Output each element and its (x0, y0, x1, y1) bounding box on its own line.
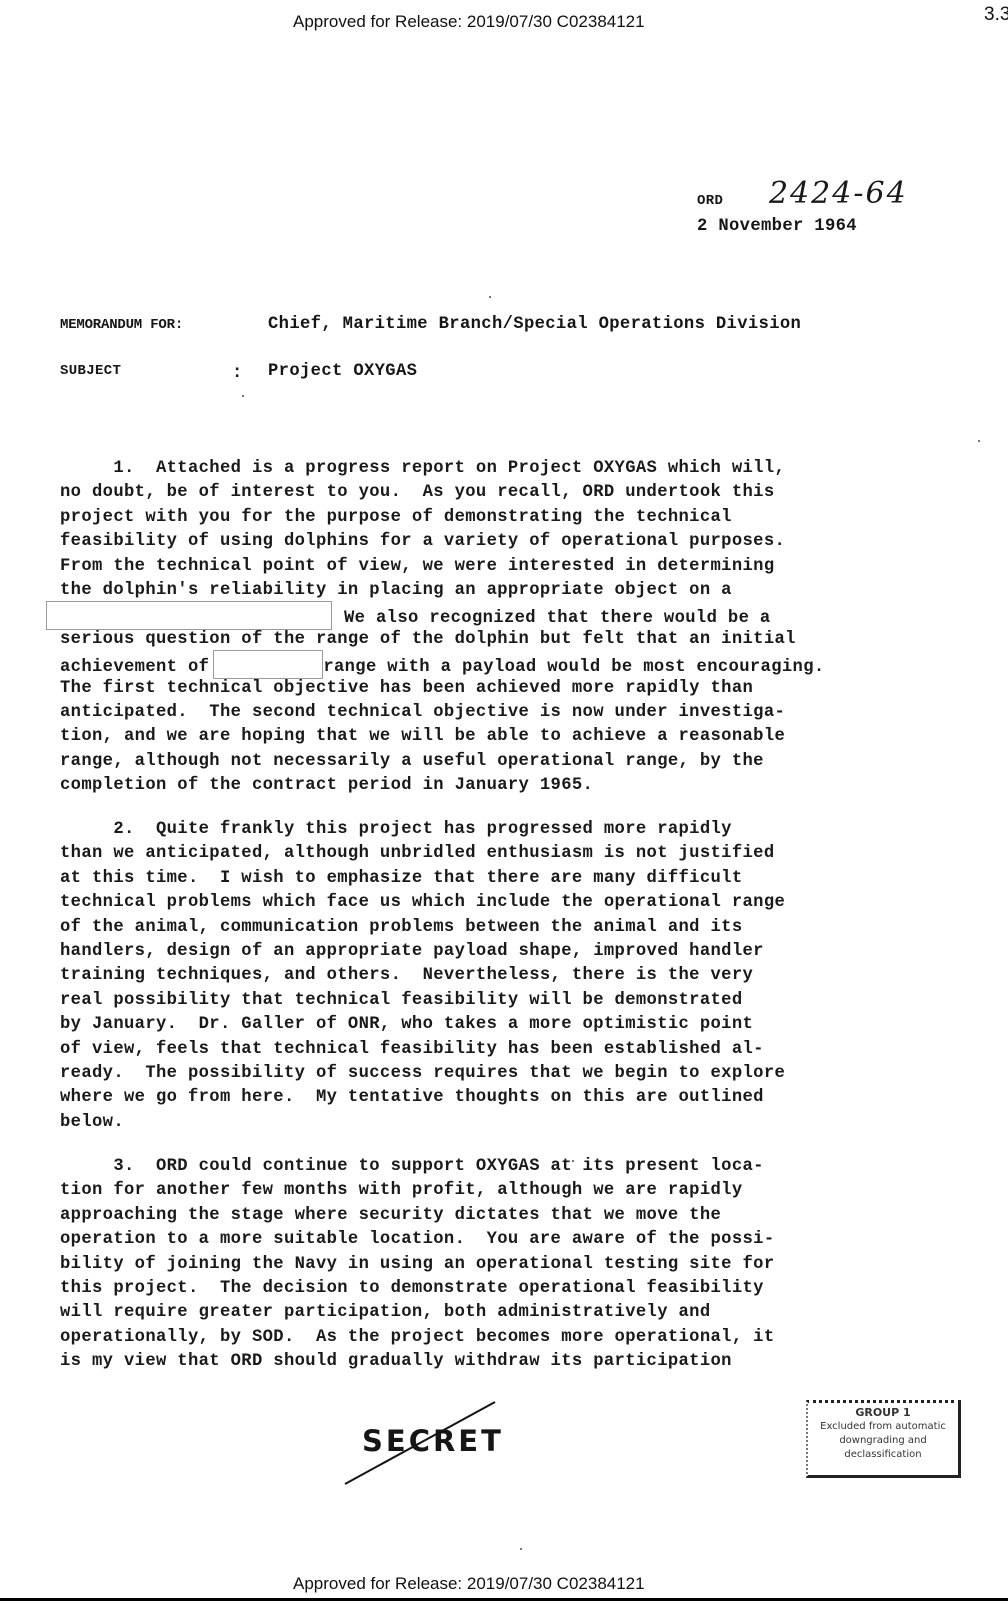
paragraph-line: completion of the contract period in Jan… (60, 774, 825, 798)
scan-speck (978, 440, 980, 442)
stamp-title: GROUP 1 (808, 1406, 958, 1420)
scan-speck (489, 296, 491, 298)
reference-number-handwritten: 2424-64 (769, 176, 908, 211)
paragraph-line: will require greater participation, both… (60, 1301, 775, 1325)
paragraph-3: 3. ORD could continue to support OXYGAS … (60, 1155, 775, 1375)
document-date: 2 November 1964 (697, 217, 857, 236)
paragraph-line-redacted: achievement ofrange with a payload would… (60, 652, 825, 676)
paragraph-line: where we go from here. My tentative thou… (60, 1086, 785, 1110)
paragraph-text: We also recognized that there would be a (344, 609, 771, 628)
paragraph-line: tion for another few months with profit,… (60, 1179, 775, 1203)
paragraph-text: range with a payload would be most encou… (323, 658, 824, 677)
stamp-line: Excluded from automatic (808, 1420, 958, 1434)
paragraph-line: range, although not necessarily a useful… (60, 750, 825, 774)
paragraph-line: feasibility of using dolphins for a vari… (60, 530, 825, 554)
paragraph-line: this project. The decision to demonstrat… (60, 1277, 775, 1301)
subject-colon: : (232, 364, 243, 383)
paragraph-line: bility of joining the Navy in using an o… (60, 1253, 775, 1277)
paragraph-line: no doubt, be of interest to you. As you … (60, 481, 825, 505)
paragraph-2: 2. Quite frankly this project has progre… (60, 818, 785, 1135)
paragraph-line: real possibility that technical feasibil… (60, 989, 785, 1013)
scan-speck (242, 395, 244, 397)
release-footer: Approved for Release: 2019/07/30 C023841… (293, 1574, 713, 1594)
paragraph-line: technical problems which face us which i… (60, 891, 785, 915)
paragraph-line: serious question of the range of the dol… (60, 628, 825, 652)
redaction-box (46, 601, 332, 630)
paragraph-line: is my view that ORD should gradually wit… (60, 1350, 775, 1374)
strikethrough-line (343, 1398, 503, 1488)
paragraph-line: the dolphin's reliability in placing an … (60, 579, 825, 603)
paragraph-line: handlers, design of an appropriate paylo… (60, 940, 785, 964)
paragraph-line: operationally, by SOD. As the project be… (60, 1326, 775, 1350)
paragraph-line: at this time. I wish to emphasize that t… (60, 867, 785, 891)
reference-prefix: ORD (697, 193, 723, 209)
paragraph-text: achievement of (60, 658, 209, 677)
scan-speck (572, 1160, 574, 1162)
scan-speck (520, 1548, 522, 1550)
paragraph-line: anticipated. The second technical object… (60, 701, 825, 725)
paragraph-line: training techniques, and others. Neverth… (60, 964, 785, 988)
paragraph-line: below. (60, 1111, 785, 1135)
paragraph-line: The first technical objective has been a… (60, 677, 825, 701)
paragraph-1: 1. Attached is a progress report on Proj… (60, 457, 825, 798)
paragraph-line: by January. Dr. Galler of ONR, who takes… (60, 1013, 785, 1037)
page-marker: 3.3 (984, 4, 1008, 26)
page-bottom-border (0, 1598, 1008, 1601)
paragraph-line: tion, and we are hoping that we will be … (60, 725, 825, 749)
paragraph-line: 3. ORD could continue to support OXYGAS … (60, 1155, 775, 1179)
paragraph-line: operation to a more suitable location. Y… (60, 1228, 775, 1252)
paragraph-line: approaching the stage where security dic… (60, 1204, 775, 1228)
memo-for-label: MEMORANDUM FOR: (60, 317, 183, 333)
memo-for-value: Chief, Maritime Branch/Special Operation… (268, 315, 801, 334)
paragraph-line: ready. The possibility of success requir… (60, 1062, 785, 1086)
subject-label: SUBJECT (60, 363, 121, 379)
paragraph-line: 2. Quite frankly this project has progre… (60, 818, 785, 842)
declassification-stamp: GROUP 1 Excluded from automatic downgrad… (806, 1400, 961, 1478)
paragraph-line: project with you for the purpose of demo… (60, 506, 825, 530)
stamp-line: declassification (808, 1448, 958, 1462)
redaction-box (213, 650, 323, 679)
stamp-line: downgrading and (808, 1434, 958, 1448)
release-header: Approved for Release: 2019/07/30 C023841… (293, 12, 713, 32)
subject-value: Project OXYGAS (268, 362, 417, 381)
paragraph-line: of view, feels that technical feasibilit… (60, 1038, 785, 1062)
paragraph-line-redacted: We also recognized that there would be a (60, 603, 825, 627)
paragraph-line: 1. Attached is a progress report on Proj… (60, 457, 825, 481)
paragraph-line: than we anticipated, although unbridled … (60, 842, 785, 866)
paragraph-line: From the technical point of view, we wer… (60, 555, 825, 579)
paragraph-line: of the animal, communication problems be… (60, 916, 785, 940)
